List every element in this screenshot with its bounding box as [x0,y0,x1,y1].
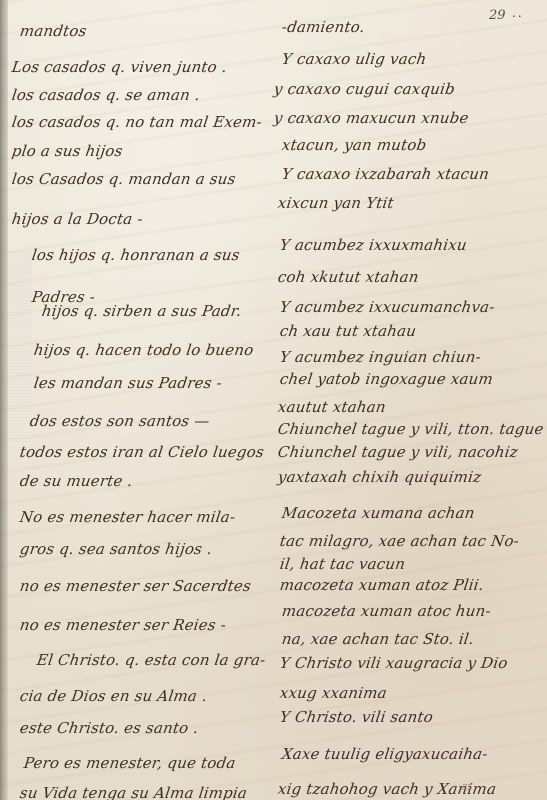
spanish-text-line: Los casados q. viven junto . [11,58,228,76]
spanish-text-line: hijos a la Docta - [11,210,144,228]
translation-text-line: macozeta xuman atoz Plii. [279,576,485,594]
translation-text-line: il, hat tac vacun [279,555,407,573]
spanish-text-line: los hijos q. honranan a sus [31,246,241,264]
spanish-text-line: les mandan sus Padres - [33,374,223,392]
folio-number: 29 [489,8,506,23]
spanish-text-line: Pero es menester, que toda [23,754,237,772]
translation-text-line: Macozeta xumana achan [281,504,476,522]
spanish-text-line: no es menester ser Sacerdtes [19,577,252,595]
translation-text-line: Y acumbez ixxucumanchva- [279,298,496,316]
binding-edge [0,0,8,800]
translation-text-line: xixcun yan Ytit [277,194,395,212]
translation-text-line: Chiunchel tague y vili, nacohiz [277,443,519,461]
bottom-catchmark: 35 [462,783,472,792]
translation-text-line: Y acumbez ixxuxmahixu [279,236,468,254]
translation-text-line: Xaxe tuulig eligyaxucaiha- [281,745,489,763]
spanish-text-line: plo a sus hijos [11,142,124,160]
translation-text-line: Y caxaxo ixzabarah xtacun [281,165,491,183]
translation-text-line: coh xkutut xtahan [277,268,420,286]
translation-text-line: y caxaxo cugui caxquib [273,80,457,98]
spanish-text-line: este Christo. es santo . [19,719,200,737]
translation-text-line: na, xae achan tac Sto. il. [281,630,475,648]
folio-marks: .. [512,6,524,20]
spanish-text-line: su Vida tenga su Alma limpia [19,784,249,800]
spanish-text-line: mandtos [19,22,88,40]
spanish-text-line: no es menester ser Reies - [19,616,228,634]
spanish-text-line: los casados q. se aman . [11,86,201,104]
translation-text-line: Y acumbez inguian chiun- [279,348,483,366]
spanish-text-line: los casados q. no tan mal Exem- [11,113,263,131]
translation-text-line: Chiunchel tague y vili, tton. tague [277,420,545,438]
translation-text-line: xtacun, yan mutob [281,136,428,154]
spanish-text-line: No es menester hacer mila- [19,508,237,526]
translation-text-line: Y Christo vili xaugracia y Dio [279,654,509,672]
translation-text-line: ch xau tut xtahau [279,322,418,340]
spanish-text-line: hijos q. sirben a sus Padr. [41,302,243,320]
translation-text-line: -damiento. [281,18,366,36]
spanish-text-line: cia de Dios en su Alma . [19,687,209,705]
translation-text-line: Y Christo. vili santo [279,708,435,726]
manuscript-page: 29 .. mandtosLos casados q. viven junto … [0,0,547,800]
translation-text-line: chel yatob ingoxague xaum [279,370,495,388]
translation-text-line: y caxaxo maxucun xnube [273,109,470,127]
translation-text-line: xautut xtahan [277,398,387,416]
spanish-text-line: de su muerte . [19,472,134,490]
paper-repair-strip [8,250,32,450]
spanish-text-line: El Christo. q. esta con la gra- [36,651,267,669]
spanish-text-line: hijos q. hacen todo lo bueno [33,341,255,359]
translation-text-line: tac milagro, xae achan tac No- [279,532,521,550]
spanish-text-line: todos estos iran al Cielo luegos [19,443,265,461]
spanish-text-line: gros q. sea santos hijos . [19,540,214,558]
spanish-text-line: dos estos son santos — [29,412,211,430]
spanish-text-line: los Casados q. mandan a sus [11,170,237,188]
translation-text-line: macozeta xuman atoc hun- [281,602,492,620]
translation-text-line: yaxtaxah chixih quiquimiz [277,468,483,486]
translation-text-line: xxug xxanima [279,684,388,702]
translation-text-line: Y caxaxo ulig vach [281,50,428,68]
